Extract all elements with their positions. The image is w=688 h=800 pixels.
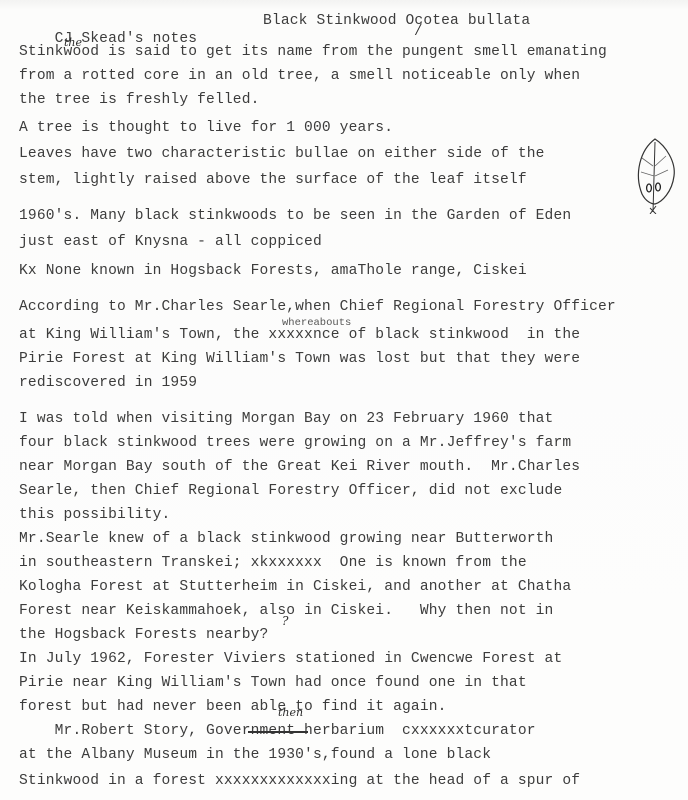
handwritten-insert-the: the [64, 36, 82, 49]
text-line-24: In July 1962, Forester Viviers stationed… [19, 650, 562, 668]
text-line-17: Searle, then Chief Regional Forestry Off… [19, 482, 562, 500]
header-title: Black Stinkwood Ocotea bullata [263, 12, 530, 30]
handwritten-slash: / [416, 22, 421, 38]
text-line-20: in southeastern Transkei; xkxxxxxx One i… [19, 554, 527, 572]
text-line-14: I was told when visiting Morgan Bay on 2… [19, 410, 553, 428]
text-line-4: A tree is thought to live for 1 000 year… [19, 119, 393, 137]
text-line-26: forest but had never been able to find i… [19, 698, 447, 716]
text-line-18: this possibility. [19, 506, 170, 524]
text-line-1: Stinkwood is said to get its name from t… [19, 43, 607, 61]
text-line-16: near Morgan Bay south of the Great Kei R… [19, 458, 580, 476]
text-line-12: Pirie Forest at King William's Town was … [19, 350, 580, 368]
text-line-7: 1960's. Many black stinkwoods to be seen… [19, 207, 571, 225]
handwritten-question-mark: ? [282, 614, 288, 628]
text-line-15: four black stinkwood trees were growing … [19, 434, 571, 452]
document-page: CJ Skead's notes Black Stinkwood Ocotea … [0, 0, 688, 800]
text-line-3: the tree is freshly felled. [19, 91, 260, 109]
text-line-6: stem, lightly raised above the surface o… [19, 171, 527, 189]
text-line-21: Kologha Forest at Stutterheim in Ciskei,… [19, 578, 571, 596]
text-line-29: Stinkwood in a forest xxxxxxxxxxxxxing a… [19, 772, 580, 790]
text-line-2: from a rotted core in an old tree, a sme… [19, 67, 580, 85]
text-line-9: Kx None known in Hogsback Forests, amaTh… [19, 262, 527, 280]
text-line-28: at the Albany Museum in the 1930's,found… [19, 746, 491, 764]
text-line-23: the Hogsback Forests nearby? [19, 626, 268, 644]
strikethrough-mark [248, 731, 308, 733]
text-line-11: at King William's Town, the xxxxxnce of … [19, 326, 580, 344]
text-line-5: Leaves have two characteristic bullae on… [19, 145, 545, 163]
text-line-19: Mr.Searle knew of a black stinkwood grow… [19, 530, 553, 548]
handwritten-insert-then: then [278, 706, 303, 719]
text-line-13: rediscovered in 1959 [19, 374, 197, 392]
text-line-10: According to Mr.Charles Searle,when Chie… [19, 298, 616, 316]
text-line-8: just east of Knysna - all coppiced [19, 233, 322, 251]
text-line-25: Pirie near King William's Town had once … [19, 674, 527, 692]
leaf-sketch-icon [632, 136, 678, 214]
